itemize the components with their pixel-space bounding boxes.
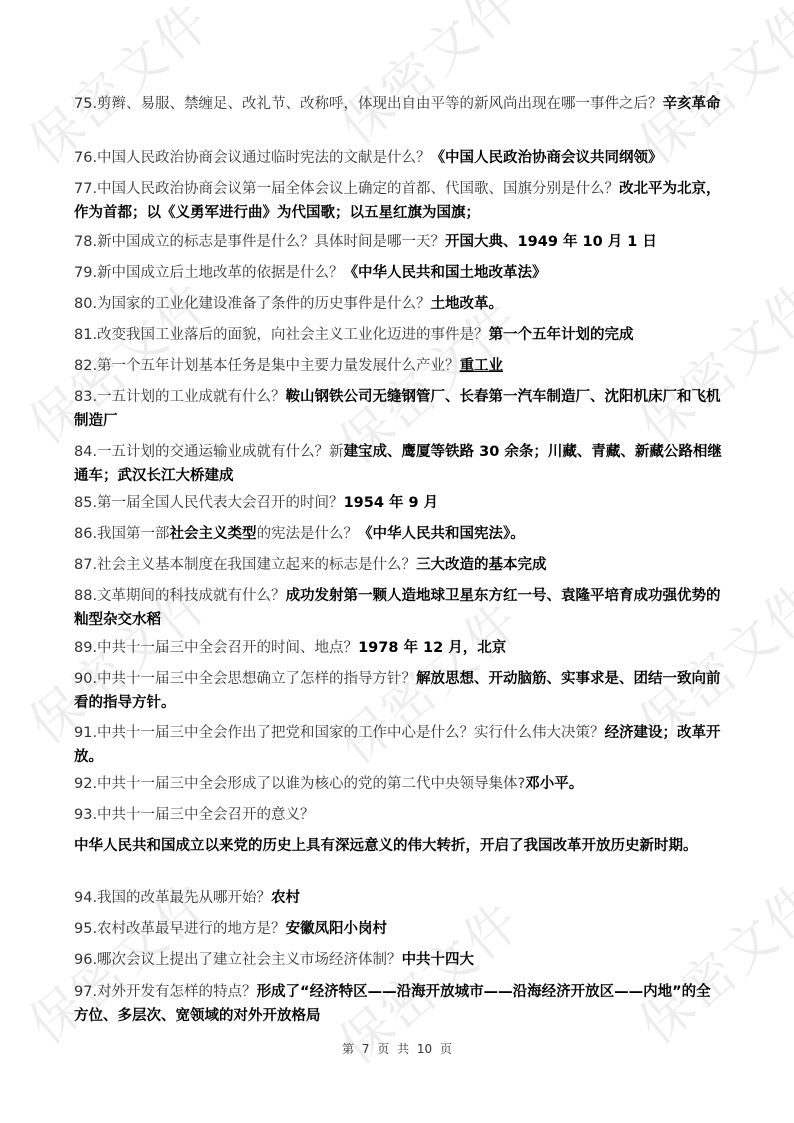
question: 86.我国第一部: [74, 526, 170, 542]
qa-item: 90.中共十一届三中全会思想确立了怎样的指导方针？解放思想、开动脑筋、实事求是、…: [74, 667, 724, 715]
qa-item: 88.文革期间的科技成就有什么？成功发射第一颗人造地球卫星东方红一号、袁隆平培育…: [74, 584, 724, 632]
answer: 《中华人民共和国宪法》。: [358, 526, 525, 542]
question: 96.哪次会议上提出了建立社会主义市场经济体制？: [74, 952, 402, 968]
page-number-footer: 第 7 页 共 10 页: [0, 1040, 794, 1057]
answer: 1954 年 9 月: [344, 495, 439, 511]
answer: 土地改革。: [431, 296, 504, 312]
qa-item: 96.哪次会议上提出了建立社会主义市场经济体制？中共十四大: [74, 948, 724, 972]
question: 88.文革期间的科技成就有什么？: [74, 588, 286, 604]
answer: 1978 年 12 月，北京: [358, 640, 506, 656]
question-cont: 的宪法是什么？: [257, 526, 359, 542]
question: 80.为国家的工业化建设准备了条件的历史事件是什么？: [74, 296, 431, 312]
qa-item: 86.我国第一部社会主义类型的宪法是什么？《中华人民共和国宪法》。: [74, 522, 724, 546]
answer: 邓小平。: [525, 776, 583, 792]
qa-item: 82.第一个五年计划基本任务是集中主要力量发展什么产业？重工业: [74, 354, 724, 378]
qa-item: 80.为国家的工业化建设准备了条件的历史事件是什么？土地改革。: [74, 292, 724, 316]
question: 84.一五计划的交通运输业成就有什么？新: [74, 444, 344, 460]
question: 81.改变我国工业落后的面貌，向社会主义工业化迈进的事件是？: [74, 327, 489, 343]
qa-item: 91.中共十一届三中全会作出了把党和国家的工作中心是什么？实行什么伟大决策？经济…: [74, 721, 724, 769]
answer: 中共十四大: [402, 952, 475, 968]
question: 87.社会主义基本制度在我国建立起来的标志是什么？: [74, 557, 416, 573]
qa-item: 79.新中国成立后土地改革的依据是什么？《中华人民共和国土地改革法》: [74, 261, 724, 285]
question: 90.中共十一届三中全会思想确立了怎样的指导方针？: [74, 671, 416, 687]
answer: 中华人民共和国成立以来党的历史上具有深远意义的伟大转折，开启了我国改革开放历史新…: [74, 838, 698, 854]
answer: 《中华人民共和国土地改革法》: [344, 265, 547, 281]
qa-item: 83.一五计划的工业成就有什么？鞍山钢铁公司无缝钢管厂、长春第一汽车制造厂、沈阳…: [74, 385, 724, 433]
question: 76.中国人民政治协商会议通过临时宪法的文献是什么？: [74, 150, 431, 166]
qa-item: 92.中共十一届三中全会形成了以谁为核心的党的第二代中央领导集体?邓小平。: [74, 772, 724, 796]
qa-item: 76.中国人民政治协商会议通过临时宪法的文献是什么？《中国人民政治协商会议共同纲…: [74, 146, 724, 170]
qa-item: 95.农村改革最早进行的地方是？安徽凤阳小岗村: [74, 917, 724, 941]
question: 92.中共十一届三中全会形成了以谁为核心的党的第二代中央领导集体?: [74, 776, 525, 792]
question: 94.我国的改革最先从哪开始？: [74, 890, 271, 906]
answer: 农村: [271, 890, 300, 906]
qa-item: 93.中共十一届三中全会召开的意义？: [74, 803, 724, 827]
answer: 重工业: [460, 358, 504, 374]
qa-item: 中华人民共和国成立以来党的历史上具有深远意义的伟大转折，开启了我国改革开放历史新…: [74, 834, 724, 858]
qa-item: 87.社会主义基本制度在我国建立起来的标志是什么？三大改造的基本完成: [74, 553, 724, 577]
qa-item: 75.剪辫、易服、禁缠足、改礼节、改称呼，体现出自由平等的新风尚出现在哪一事件之…: [74, 92, 724, 116]
question: 93.中共十一届三中全会召开的意义？: [74, 807, 315, 823]
question: 75.剪辫、易服、禁缠足、改礼节、改称呼，体现出自由平等的新风尚出现在哪一事件之…: [74, 96, 663, 112]
answer: 安徽凤阳小岗村: [286, 921, 388, 937]
qa-item: 89.中共十一届三中全会召开的时间、地点？1978 年 12 月，北京: [74, 636, 724, 660]
question: 95.农村改革最早进行的地方是？: [74, 921, 286, 937]
answer: 辛亥革命: [663, 96, 721, 112]
question: 78.新中国成立的标志是事件是什么？具体时间是哪一天？: [74, 234, 445, 250]
question: 79.新中国成立后土地改革的依据是什么？: [74, 265, 344, 281]
answer: 开国大典、1949 年 10 月 1 日: [445, 234, 657, 250]
answer: 三大改造的基本完成: [416, 557, 547, 573]
question: 83.一五计划的工业成就有什么？: [74, 389, 286, 405]
qa-item: 78.新中国成立的标志是事件是什么？具体时间是哪一天？开国大典、1949 年 1…: [74, 230, 724, 254]
qa-item: 97.对外开发有怎样的特点？形成了“经济特区——沿海开放城市——沿海经济开放区—…: [74, 980, 724, 1028]
qa-item: 94.我国的改革最先从哪开始？农村: [74, 886, 724, 910]
qa-item: 77.中国人民政治协商会议第一届全体会议上确定的首都、代国歌、国旗分别是什么？改…: [74, 177, 724, 225]
question: 89.中共十一届三中全会召开的时间、地点？: [74, 640, 358, 656]
question: 82.第一个五年计划基本任务是集中主要力量发展什么产业？: [74, 358, 460, 374]
watermark: 保密文件: [320, 0, 534, 157]
qa-item: 81.改变我国工业落后的面貌，向社会主义工业化迈进的事件是？第一个五年计划的完成: [74, 323, 724, 347]
question: 97.对外开发有怎样的特点？: [74, 984, 257, 1000]
question: 77.中国人民政治协商会议第一届全体会议上确定的首都、代国歌、国旗分别是什么？: [74, 181, 619, 197]
answer: 第一个五年计划的完成: [489, 327, 634, 343]
emphasis: 社会主义类型: [170, 526, 257, 542]
qa-item: 84.一五计划的交通运输业成就有什么？新建宝成、鹰厦等铁路 30 余条；川藏、青…: [74, 440, 724, 488]
qa-item: 85.第一届全国人民代表大会召开的时间？1954 年 9 月: [74, 491, 724, 515]
question: 91.中共十一届三中全会作出了把党和国家的工作中心是什么？实行什么伟大决策？: [74, 725, 605, 741]
answer: 《中国人民政治协商会议共同纲领》: [431, 150, 663, 166]
question: 85.第一届全国人民代表大会召开的时间？: [74, 495, 344, 511]
